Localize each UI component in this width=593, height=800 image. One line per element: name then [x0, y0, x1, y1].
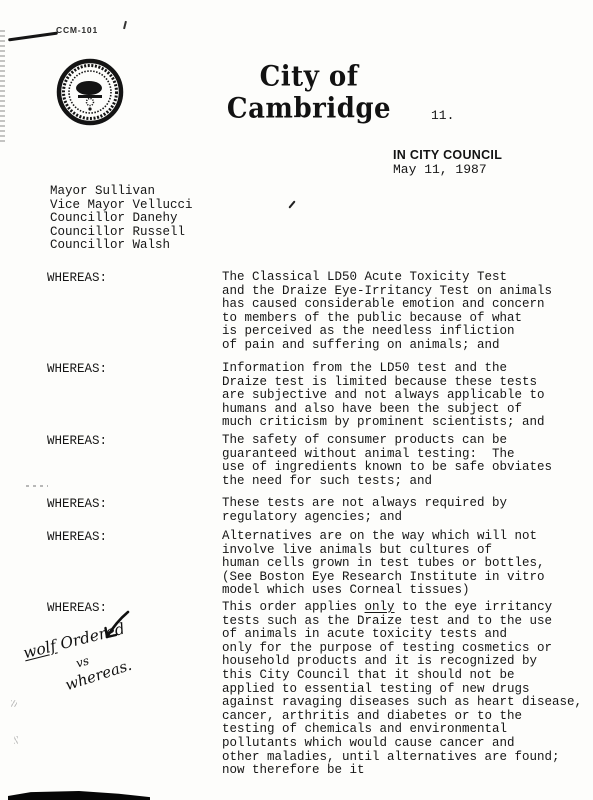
member-name: Councillor Danehy [50, 212, 193, 226]
whereas-label: WHEREAS: [47, 530, 107, 544]
scan-speck [26, 485, 48, 487]
scan-artifact-left-edge [0, 30, 5, 142]
scan-artifact-bottom-bar [8, 791, 150, 800]
handwriting-line-3: whereas. [63, 656, 134, 694]
whereas-label: WHEREAS: [47, 434, 107, 448]
pen-stroke-mark [8, 32, 58, 42]
whereas-label: WHEREAS: [47, 362, 107, 376]
council-date: May 11, 1987 [393, 162, 487, 177]
council-members-list: Mayor Sullivan Vice Mayor Vellucci Counc… [50, 185, 193, 253]
form-number-stamp: CCM-101 [56, 25, 98, 35]
document-page: CCM-101 City of Cambridge 11. IN CITY CO… [0, 0, 593, 800]
member-name: Councillor Walsh [50, 239, 193, 253]
whereas-text: Alternatives are on the way which will n… [222, 530, 593, 598]
whereas-label: WHEREAS: [47, 271, 107, 285]
handwritten-annotation: wolf Ordered vs whereas. [18, 608, 203, 698]
city-seal [56, 58, 124, 126]
whereas-text: The safety of consumer products can be g… [222, 434, 593, 488]
whereas-text: The Classical LD50 Acute Toxicity Test a… [222, 271, 593, 353]
scan-speck-2 [11, 700, 17, 707]
member-name: Vice Mayor Vellucci [50, 199, 193, 213]
member-name: Mayor Sullivan [50, 185, 193, 199]
whereas-label: WHEREAS: [47, 497, 107, 511]
whereas-text: Information from the LD50 test and the D… [222, 362, 593, 430]
whereas-text: These tests are not always required by r… [222, 497, 593, 524]
page-number: 11. [431, 108, 454, 123]
scan-speck-3 [14, 736, 18, 744]
in-city-council-heading: IN CITY COUNCIL [393, 148, 502, 162]
pen-tick-mark [123, 21, 126, 29]
member-name: Councillor Russell [50, 226, 193, 240]
whereas-text: This order applies only to the eye irrit… [222, 601, 593, 778]
pen-tick-mark-2 [288, 200, 295, 208]
page-title: City of Cambridge [176, 61, 442, 125]
